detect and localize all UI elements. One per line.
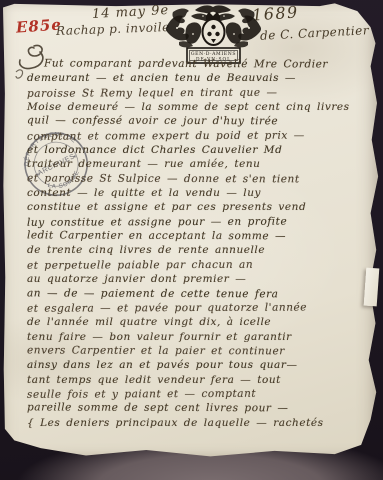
manuscript-line: Fut comparant pardevant Wavellé Mre Cord… xyxy=(27,56,372,72)
manuscript-line: { Les deniers principaux de laquelle — r… xyxy=(27,416,372,430)
manuscript-line: ledit Carpentier en acceptant la somme — xyxy=(27,229,372,245)
manuscript-line: et paroisse St Sulpice — donne et s'en t… xyxy=(27,171,372,187)
manuscript-line: envers Carpentier et la paier et continu… xyxy=(27,343,372,359)
manuscript-line: pareille somme de sept cent livres pour … xyxy=(27,401,372,417)
manuscript-line: de trente cinq livres de rente annuelle xyxy=(27,243,372,257)
manuscript-line: content — le quitte et la vendu — luy xyxy=(27,186,372,200)
manuscript-line: tenu faire — bon valeur fournir et garan… xyxy=(27,330,372,344)
manuscript-line: et lordonnance dict Charles Cauvelier Md xyxy=(27,143,372,157)
manuscript-line: quil — confessé avoir ce jour d'huy tiré… xyxy=(27,114,372,130)
manuscript-line: demeurant — et ancien tenu de Beauvais — xyxy=(27,71,372,85)
manuscript-line: au quatorze janvier dont premier — xyxy=(27,272,372,286)
manuscript-line: ainsy dans lez an et pavés pour tous qua… xyxy=(27,358,372,372)
manuscript-text-block: Fut comparant pardevant Wavellé Mre Cord… xyxy=(27,57,372,430)
manuscript-line: et perpetuelle paiable par chacun an xyxy=(27,257,372,273)
manuscript-line: traiteur demeurant — rue amiée, tenu xyxy=(27,157,372,171)
manuscript-line: comptant et comme expert du poid et prix… xyxy=(27,128,372,144)
manuscript-line: de l'année mil quatre vingt dix, à icell… xyxy=(27,315,372,329)
manuscript-line: paroisse St Remy lequel en tirant que — xyxy=(27,85,372,101)
manuscript-line: et esgalera — et pavée pour quatorze l'a… xyxy=(27,300,372,316)
manuscript-line: tant temps que ledit vendeur fera — tout xyxy=(27,373,372,387)
manuscript-line: constitue et assigne et par ces presents… xyxy=(27,200,372,214)
manuscript-line: Moise demeuré — la somme de sept cent ci… xyxy=(27,100,372,114)
scanned-manuscript-page: E85e 14 may 9e Rachap p. invoile 1689 de… xyxy=(0,0,383,480)
manuscript-line: an — de — paiement de cette tenue fera xyxy=(27,286,372,302)
manuscript-line: luy constitue et assigne pour — en profi… xyxy=(27,214,372,230)
paper-edge-flap xyxy=(364,268,380,307)
